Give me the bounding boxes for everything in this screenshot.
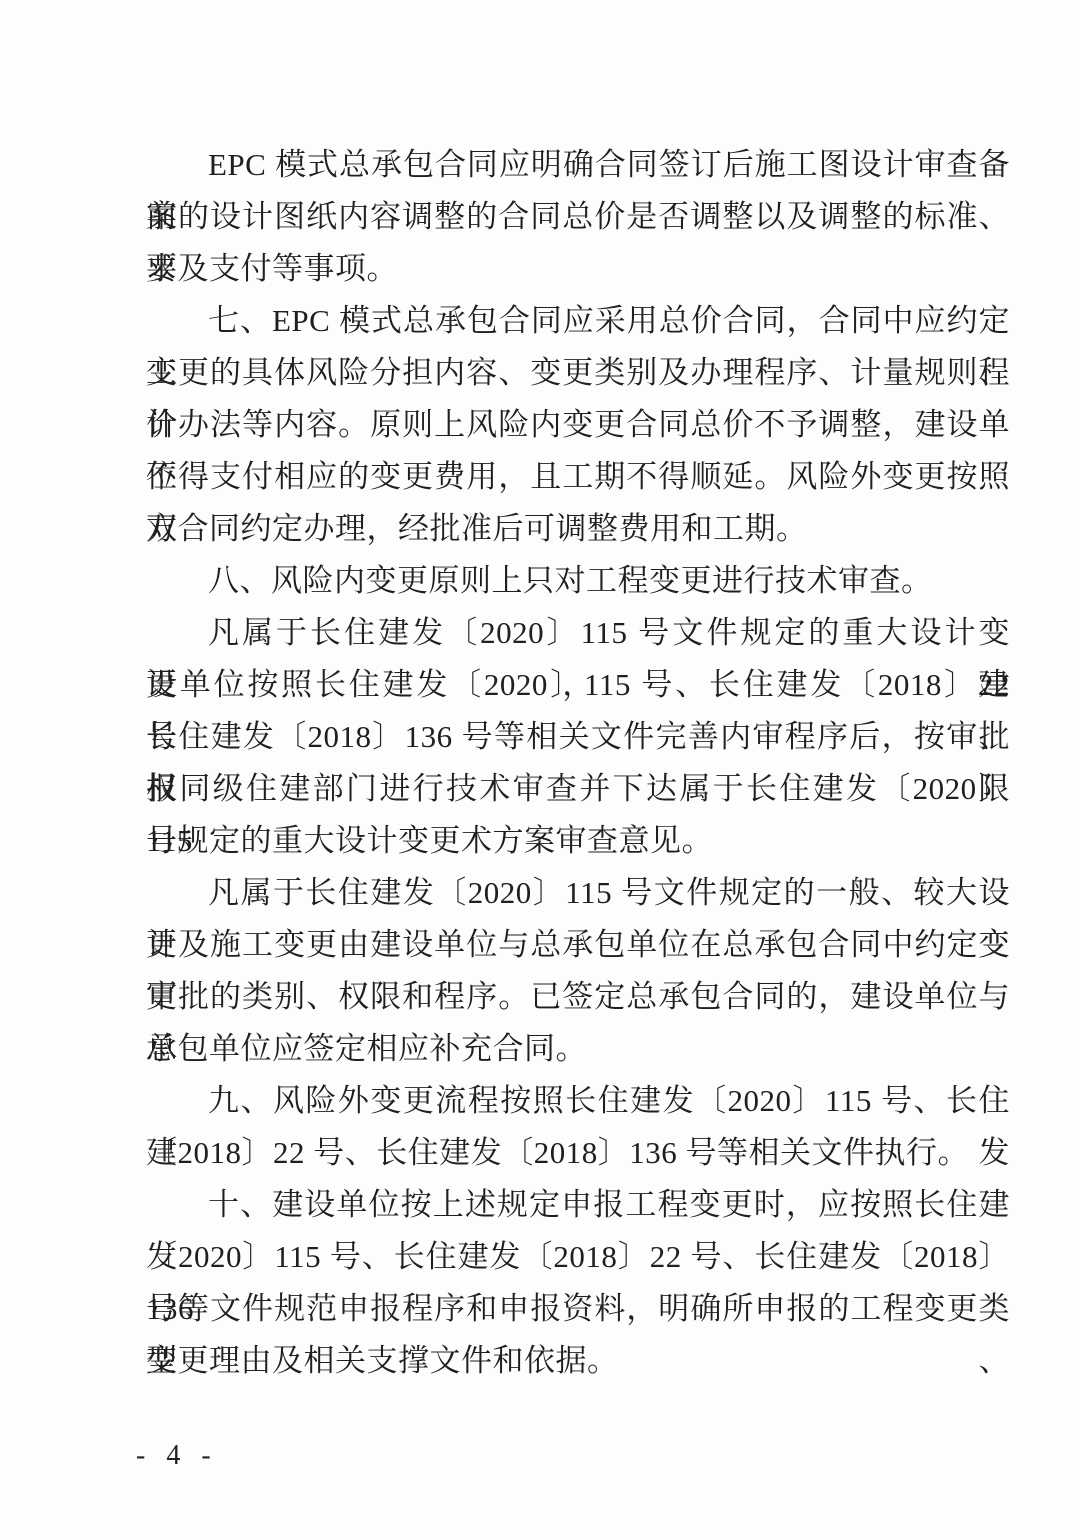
text-line: 更及施工变更由建设单位与总承包单位在总承包合同中约定变更 <box>146 919 1010 971</box>
text-line: 审批的类别、权限和程序。已签定总承包合同的，建设单位与总 <box>146 971 1010 1023</box>
text-line: 九、风险外变更流程按照长住建发〔2020〕115 号、长住建发 <box>146 1075 1010 1127</box>
page-number: - 4 - <box>136 1440 218 1472</box>
text-line: 十、建设单位按上述规定申报工程变更时，应按照长住建发 <box>146 1179 1010 1231</box>
text-line: 号等文件规范申报程序和申报资料，明确所申报的工程变更类型、 <box>146 1283 1010 1335</box>
text-line: 号规定的重大设计变更术方案审查意见。 <box>146 815 1010 867</box>
text-line: 变更的具体风险分担内容、变更类别及办理程序、计量规则、计 <box>146 347 1010 399</box>
text-line: 设单位按照长住建发〔2020〕115 号、长住建发〔2018〕22 号、 <box>146 659 1010 711</box>
text-line: 长住建发〔2018〕136 号等相关文件完善内审程序后，按审批权限 <box>146 711 1010 763</box>
document-body: EPC 模式总承包合同应明确合同签订后施工图设计审查备案 前的设计图纸内容调整的… <box>146 139 1010 1387</box>
text-line: 凡属于长住建发〔2020〕115 号文件规定的重大设计变更，建 <box>146 607 1010 659</box>
text-line: 七、EPC 模式总承包合同应采用总价合同，合同中应约定工程 <box>146 295 1010 347</box>
text-line: 凡属于长住建发〔2020〕115 号文件规定的一般、较大设计变 <box>146 867 1010 919</box>
text-line: 承包单位应签定相应补充合同。 <box>146 1023 1010 1075</box>
text-line: 前的设计图纸内容调整的合同总价是否调整以及调整的标准、要 <box>146 191 1010 243</box>
text-line: 八、风险内变更原则上只对工程变更进行技术审查。 <box>146 555 1010 607</box>
text-line: 〔2018〕22 号、长住建发〔2018〕136 号等相关文件执行。 <box>146 1127 1010 1179</box>
text-line: EPC 模式总承包合同应明确合同签订后施工图设计审查备案 <box>146 139 1010 191</box>
text-line: 方合同约定办理，经批准后可调整费用和工期。 <box>146 503 1010 555</box>
text-line: 求及支付等事项。 <box>146 243 1010 295</box>
text-line: 不得支付相应的变更费用，且工期不得顺延。风险外变更按照双 <box>146 451 1010 503</box>
text-line: 〔2020〕115 号、长住建发〔2018〕22 号、长住建发〔2018〕136 <box>146 1231 1010 1283</box>
text-line: 价办法等内容。原则上风险内变更合同总价不予调整，建设单位 <box>146 399 1010 451</box>
document-page: EPC 模式总承包合同应明确合同签订后施工图设计审查备案 前的设计图纸内容调整的… <box>0 0 1080 1540</box>
text-line: 报同级住建部门进行技术审查并下达属于长住建发〔2020〕115 <box>146 763 1010 815</box>
